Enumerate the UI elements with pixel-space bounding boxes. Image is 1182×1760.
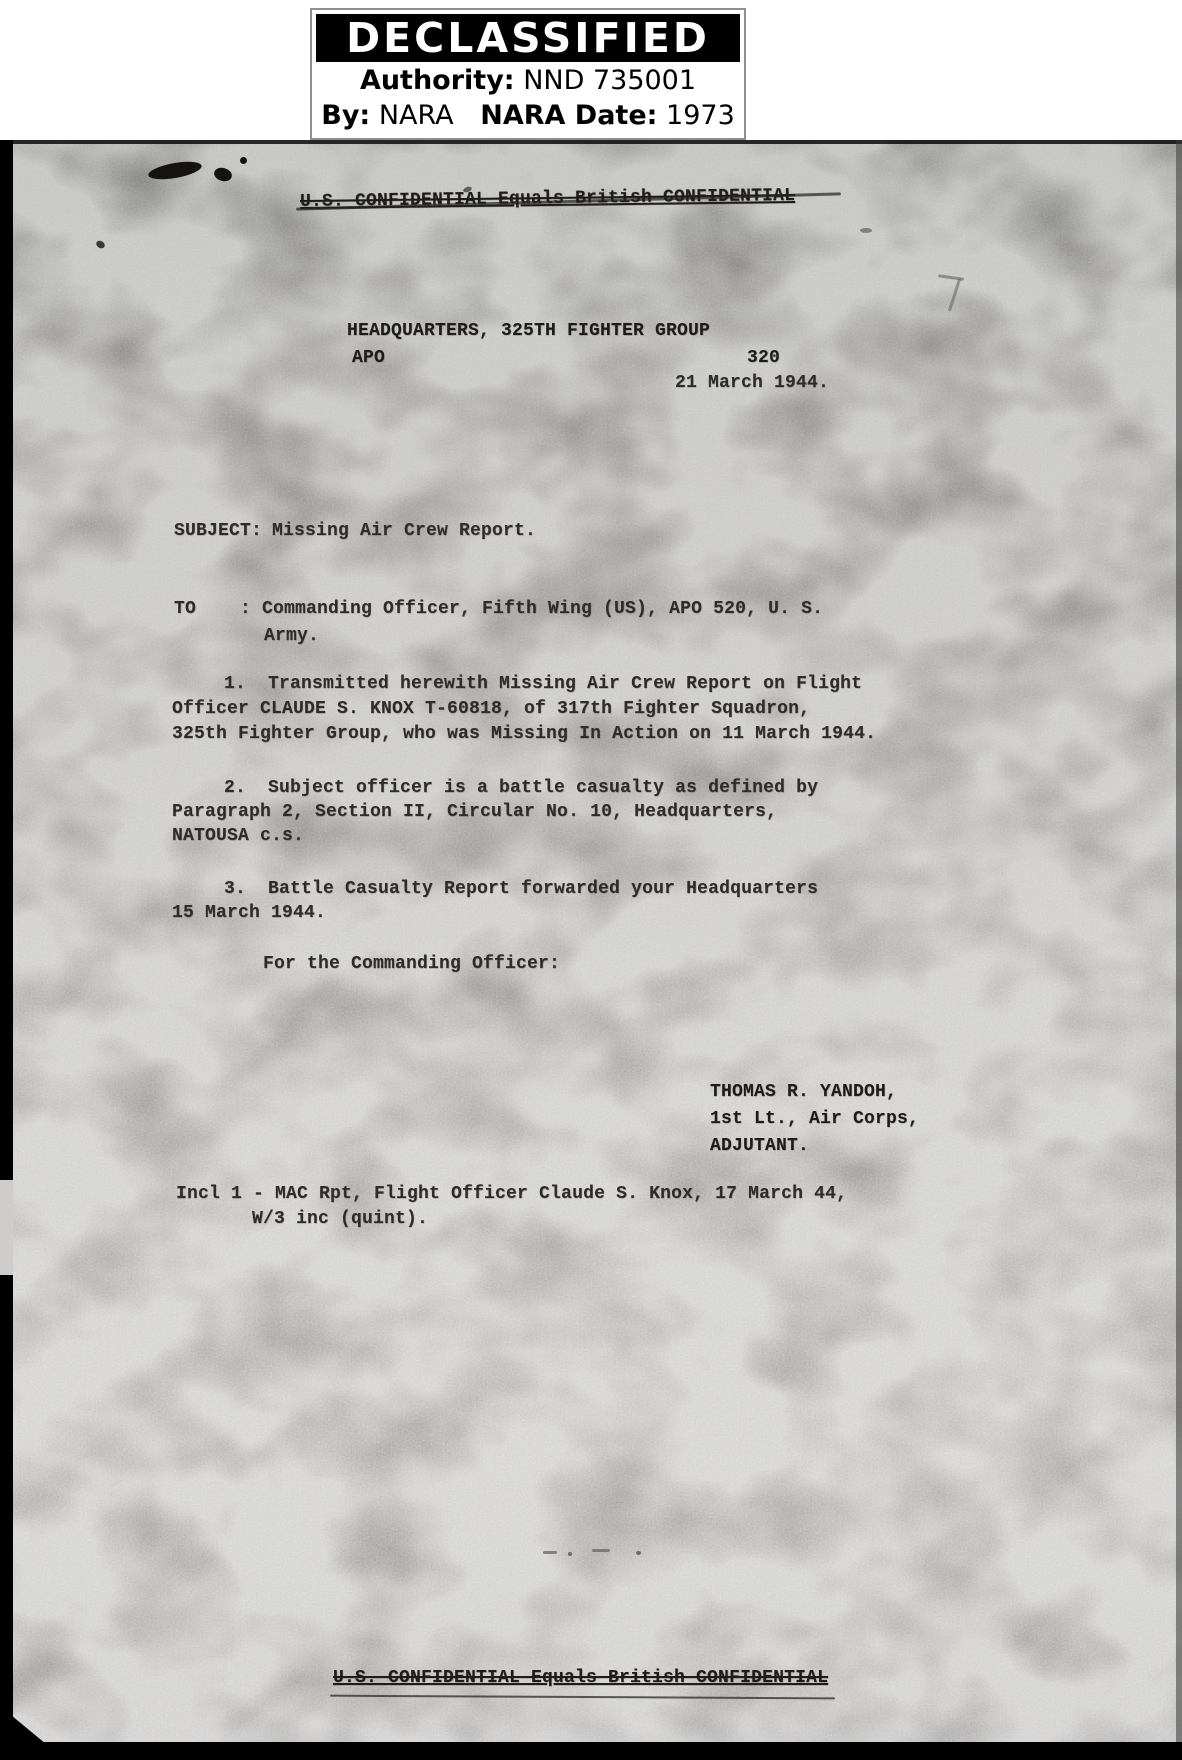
nara-date-label: NARA Date: [480,100,657,131]
document-scan: U.S. CONFIDENTIAL Equals British CONFIDE… [0,140,1182,1760]
apo-label: APO [352,347,385,369]
authority-label: Authority: [360,65,515,96]
subject-value: Missing Air Crew Report. [272,520,536,542]
scan-edge-top [0,140,1182,144]
headquarters-line: HEADQUARTERS, 325TH FIGHTER GROUP [347,320,710,342]
enclosure-line-2: W/3 inc (quint). [252,1208,428,1230]
paragraph-2-line-2: Paragraph 2, Section II, Circular No. 10… [172,801,777,823]
scan-corner-wedge [0,1706,46,1744]
paragraph-2-line-1: 2. Subject officer is a battle casualty … [224,777,818,799]
paragraph-2-line-3: NATOUSA c.s. [172,825,304,847]
dash-mark [568,1552,572,1556]
scan-edge-right [1176,140,1182,1760]
to-line-1: Commanding Officer, Fifth Wing (US), APO… [262,598,823,620]
subject-label: SUBJECT: [174,520,262,542]
closing-line: For the Commanding Officer: [263,953,560,975]
classification-footer: U.S. CONFIDENTIAL Equals British CONFIDE… [333,1667,828,1689]
signature-title: ADJUTANT. [710,1135,809,1157]
scan-edge-bottom [0,1742,1182,1760]
to-label: TO [174,598,196,620]
to-colon: : [240,598,251,620]
signature-rank: 1st Lt., Air Corps, [710,1108,919,1130]
by-label: By: [321,100,370,131]
by-value: NARA [379,100,454,131]
authority-value: NND 735001 [523,65,696,96]
dash-mark [592,1549,610,1552]
paper-grain-texture [0,140,1182,1760]
apo-number: 320 [747,347,780,369]
dash-mark [543,1551,557,1554]
nara-date-value: 1973 [666,100,735,131]
declassified-stamp: DECLASSIFIED Authority: NND 735001 By: N… [310,8,746,140]
stamp-title: DECLASSIFIED [316,14,740,62]
ink-speck [860,228,872,233]
dash-mark [636,1551,641,1555]
letter-date: 21 March 1944. [675,372,829,394]
paragraph-3-line-1: 3. Battle Casualty Report forwarded your… [224,878,818,900]
paragraph-1-line-1: 1. Transmitted herewith Missing Air Crew… [224,673,862,695]
paragraph-1-line-3: 325th Fighter Group, who was Missing In … [172,723,876,745]
paragraph-3-line-2: 15 March 1944. [172,902,326,924]
scan-edge-left [0,140,13,1760]
stamp-authority-row: Authority: NND 735001 [316,64,740,97]
stamp-by-row: By: NARA NARA Date: 1973 [316,99,740,132]
enclosure-line-1: Incl 1 - MAC Rpt, Flight Officer Claude … [176,1183,847,1205]
signature-name: THOMAS R. YANDOH, [710,1081,897,1103]
paragraph-1-line-2: Officer CLAUDE S. KNOX T-60818, of 317th… [172,698,810,720]
scan-edge-left-gap [0,1180,13,1275]
ink-dot [240,157,247,164]
to-line-2: Army. [264,625,319,647]
